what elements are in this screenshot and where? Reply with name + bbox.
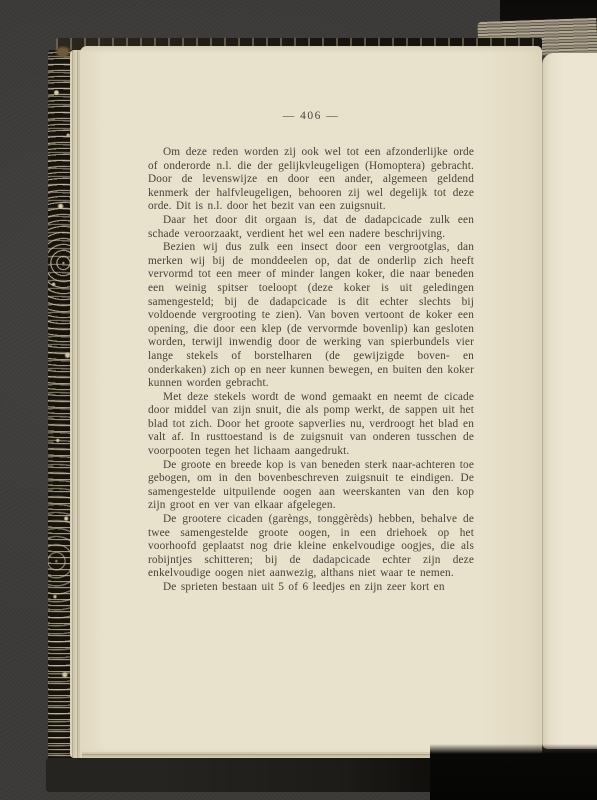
- paragraph: De groote en breede kop is van beneden s…: [148, 459, 474, 513]
- paragraph: Daar het door dit orgaan is, dat de dada…: [148, 214, 474, 241]
- book-scan: — 406 — Om deze reden worden zij ook wel…: [0, 0, 597, 800]
- paragraph: Bezien wij dus zulk een insect door een …: [148, 241, 474, 391]
- paragraph: De grootere cicaden (garèngs, tonggèrèds…: [148, 513, 474, 581]
- paragraph: De sprieten bestaan uit 5 of 6 leedjes e…: [148, 581, 474, 595]
- paragraph: Met deze stekels wordt de wond gemaakt e…: [148, 391, 474, 459]
- facing-page-sliver: [542, 53, 597, 749]
- book-page: — 406 — Om deze reden worden zij ook wel…: [80, 46, 542, 758]
- page-text-block: — 406 — Om deze reden worden zij ook wel…: [148, 110, 474, 595]
- bottom-shadow-dark: [430, 744, 597, 800]
- paragraph: Om deze reden worden zij ook wel tot een…: [148, 146, 474, 214]
- page-number-header: — 406 —: [148, 110, 474, 122]
